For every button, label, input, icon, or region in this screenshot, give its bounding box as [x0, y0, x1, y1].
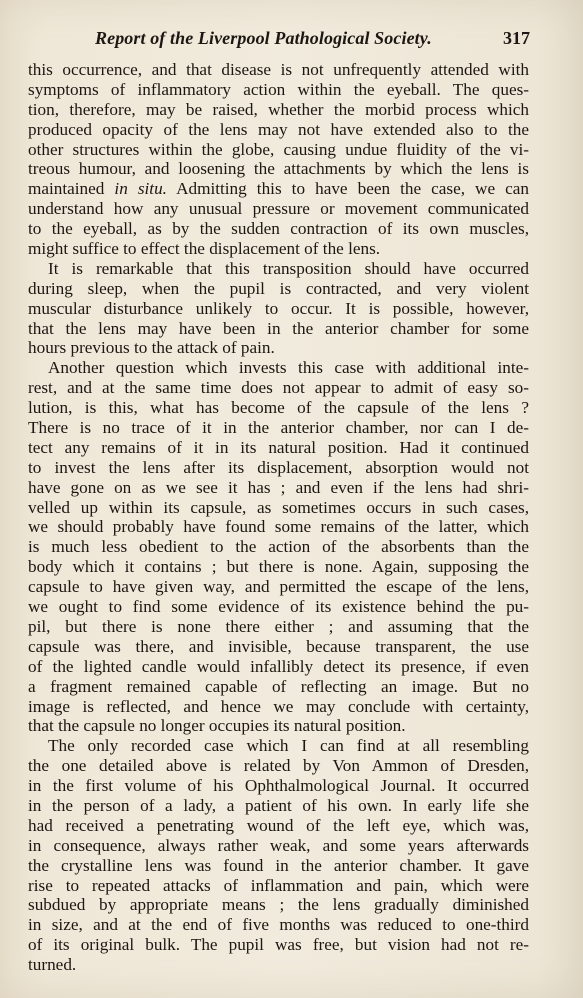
text-line: maintained in situ. Admitting this to ha…: [28, 179, 529, 199]
text-line: rise to repeated attacks of inflammation…: [28, 876, 529, 896]
text-line: capsule to have given way, and permitted…: [28, 577, 529, 597]
text-line: turned.: [28, 955, 529, 975]
text-line: subdued by appropriate means ; the lens …: [28, 895, 529, 915]
text-line: to the eyeball, as by the sudden contrac…: [28, 219, 529, 239]
text-line: a fragment remained capable of reflectin…: [28, 677, 529, 697]
text-line: is much less obedient to the action of t…: [28, 537, 529, 557]
text-line: rest, and at the same time does not appe…: [28, 378, 529, 398]
page-number: 317: [503, 28, 530, 49]
text-line: tect any remains of it in its natural po…: [28, 438, 529, 458]
text-line: Another question which invests this case…: [28, 358, 529, 378]
running-title: Report of the Liverpool Pathological Soc…: [95, 28, 432, 49]
text-line: in size, and at the end of five months w…: [28, 915, 529, 935]
text-line: treous humour, and loosening the attachm…: [28, 159, 529, 179]
body-text: this occurrence, and that disease is not…: [28, 60, 529, 975]
paragraph: this occurrence, and that disease is not…: [28, 60, 529, 259]
text-line: hours previous to the attack of pain.: [28, 338, 529, 358]
page-header: Report of the Liverpool Pathological Soc…: [95, 28, 530, 50]
text-line: that the lens may have been in the anter…: [28, 319, 529, 339]
text-line: body which it contains ; but there is no…: [28, 557, 529, 577]
text-line: It is remarkable that this transposition…: [28, 259, 529, 279]
text-line: have gone on as we see it has ; and even…: [28, 478, 529, 498]
text-line: had received a penetrating wound of the …: [28, 816, 529, 836]
text-line: in the first volume of his Ophthalmologi…: [28, 776, 529, 796]
text-line: understand how any unusual pressure or m…: [28, 199, 529, 219]
text-line: of its original bulk. The pupil was free…: [28, 935, 529, 955]
text-line: during sleep, when the pupil is contract…: [28, 279, 529, 299]
paragraph: The only recorded case which I can find …: [28, 736, 529, 975]
text-line: pil, but there is none there either ; an…: [28, 617, 529, 637]
text-line: lution, is this, what has become of the …: [28, 398, 529, 418]
text-line: capsule was there, and invisible, becaus…: [28, 637, 529, 657]
text-line: might suffice to effect the displacement…: [28, 239, 529, 259]
text-line: of the lighted candle would infallibly d…: [28, 657, 529, 677]
text-line: this occurrence, and that disease is not…: [28, 60, 529, 80]
text-line: symptoms of inflammatory action within t…: [28, 80, 529, 100]
paragraph: Another question which invests this case…: [28, 358, 529, 736]
text-line: we ought to find some evidence of its ex…: [28, 597, 529, 617]
text-line: muscular disturbance unlikely to occur. …: [28, 299, 529, 319]
text-line: image is reflected, and hence we may con…: [28, 697, 529, 717]
text-line: in the person of a lady, a patient of hi…: [28, 796, 529, 816]
text-line: in consequence, always rather weak, and …: [28, 836, 529, 856]
book-page: Report of the Liverpool Pathological Soc…: [0, 0, 583, 998]
text-line: the one detailed above is related by Von…: [28, 756, 529, 776]
text-line: other structures within the globe, causi…: [28, 140, 529, 160]
text-line: produced opacity of the lens may not hav…: [28, 120, 529, 140]
text-line: velled up within its capsule, as sometim…: [28, 498, 529, 518]
text-line: we should probably have found some remai…: [28, 517, 529, 537]
text-line: There is no trace of it in the anterior …: [28, 418, 529, 438]
text-line: The only recorded case which I can find …: [28, 736, 529, 756]
paragraph: It is remarkable that this transposition…: [28, 259, 529, 358]
text-line: tion, therefore, may be raised, whether …: [28, 100, 529, 120]
text-line: that the capsule no longer occupies its …: [28, 716, 529, 736]
text-line: the crystalline lens was found in the an…: [28, 856, 529, 876]
text-line: to invest the lens after its displacemen…: [28, 458, 529, 478]
